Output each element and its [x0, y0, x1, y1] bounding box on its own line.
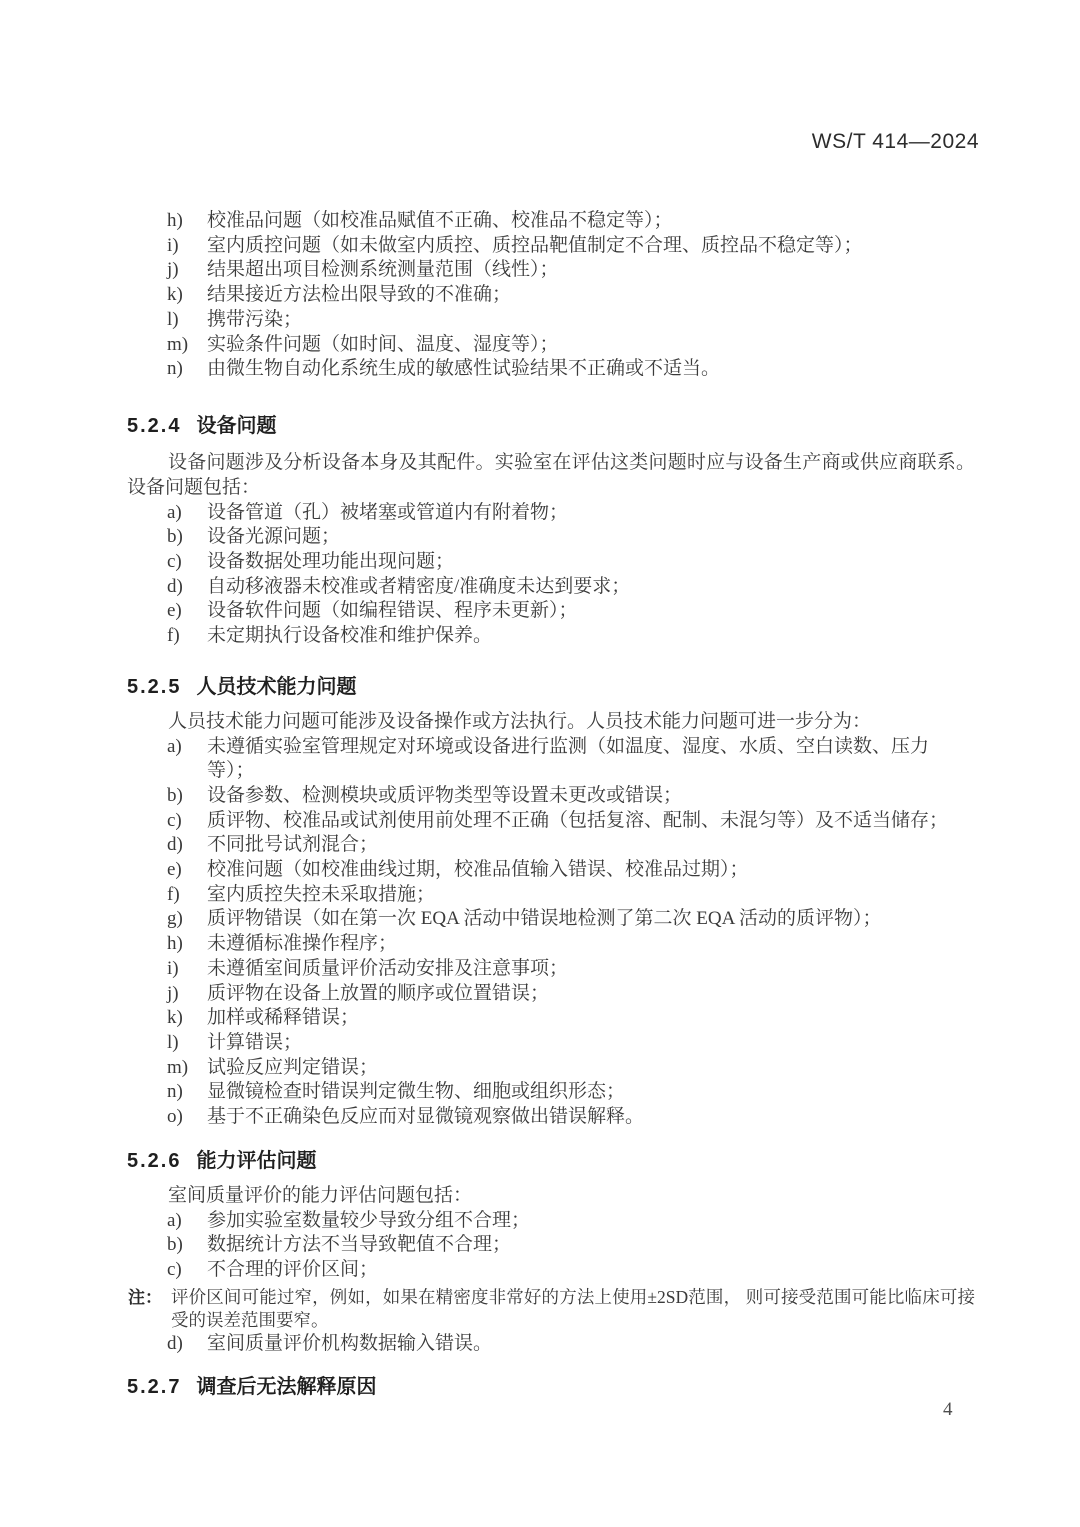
list-item-label: j) — [167, 258, 179, 283]
list-item-text: 显微镜检查时错误判定微生物、细胞或组织形态； — [207, 1081, 625, 1102]
list-item-text: 实验条件问题（如时间、温度、湿度等）； — [207, 334, 559, 355]
list-item-text: 质评物、校准品或试剂使用前处理不正确（包括复溶、配制、未混匀等）及不适当储存； — [207, 810, 948, 831]
list-item: i) 未遵循室间质量评价活动安排及注意事项； — [127, 957, 975, 982]
list-item: o) 基于不正确染色反应而对显微镜观察做出错误解释。 — [127, 1105, 975, 1130]
list-item-label: o) — [167, 1105, 183, 1130]
note-text: 评价区间可能过窄，例如，如果在精密度非常好的方法上使用±2SD范围， 则可接受范… — [171, 1287, 975, 1330]
list-item-label: i) — [167, 234, 179, 259]
list-item-label: c) — [167, 550, 182, 575]
list-item-label: b) — [167, 525, 183, 550]
lettered-list: a) 未遵循实验室管理规定对环境或设备进行监测（如温度、湿度、水质、空白读数、压… — [127, 735, 975, 1130]
list-item-label: g) — [167, 907, 183, 932]
list-item-text: 携带污染； — [207, 309, 302, 330]
section-heading: 5.2.6能力评估问题 — [127, 1148, 975, 1174]
list-item-text: 不同批号试剂混合； — [207, 834, 378, 855]
list-item-label: m) — [167, 1056, 188, 1081]
list-item-text: 结果超出项目检测系统测量范围（线性）； — [207, 259, 559, 280]
list-item-text: 设备管道（孔）被堵塞或管道内有附着物； — [207, 502, 568, 523]
list-item-text: 设备软件问题（如编程错误、程序未更新）； — [207, 600, 578, 621]
list-item: e) 校准问题（如校准曲线过期，校准品值输入错误、校准品过期）； — [127, 858, 975, 883]
list-item-text: 未遵循实验室管理规定对环境或设备进行监测（如温度、湿度、水质、空白读数、压力等）… — [207, 736, 929, 782]
list-item-label: f) — [167, 883, 180, 908]
list-item-text: 室间质量评价机构数据输入错误。 — [207, 1333, 492, 1354]
list-item-text: 设备光源问题； — [207, 526, 340, 547]
list-item-text: 设备参数、检测模块或质评物类型等设置未更改或错误； — [207, 785, 682, 806]
list-item-label: b) — [167, 1233, 183, 1258]
list-item-text: 数据统计方法不当导致靶值不合理； — [207, 1234, 511, 1255]
list-item-text: 室内质控失控未采取措施； — [207, 884, 435, 905]
list-item: d) 自动移液器未校准或者精密度/准确度未达到要求； — [127, 575, 975, 600]
list-item-text: 未遵循标准操作程序； — [207, 933, 397, 954]
list-item-label: k) — [167, 1006, 183, 1031]
list-item: h) 校准品问题（如校准品赋值不正确、校准品不稳定等）； — [127, 209, 975, 234]
section-number: 5.2.7 — [127, 1376, 181, 1398]
list-item: f) 室内质控失控未采取措施； — [127, 883, 975, 908]
list-item: d) 室间质量评价机构数据输入错误。 — [127, 1332, 975, 1357]
list-item-label: e) — [167, 599, 182, 624]
list-item-label: l) — [167, 308, 179, 333]
list-item: b) 设备参数、检测模块或质评物类型等设置未更改或错误； — [127, 784, 975, 809]
section-title: 人员技术能力问题 — [196, 676, 356, 698]
list-item: n) 由微生物自动化系统生成的敏感性试验结果不正确或不适当。 — [127, 357, 975, 382]
list-item-text: 室内质控问题（如未做室内质控、质控品靶值制定不合理、质控品不稳定等）； — [207, 235, 863, 256]
list-item: m) 试验反应判定错误； — [127, 1056, 975, 1081]
list-item: k) 加样或稀释错误； — [127, 1006, 975, 1031]
list-item-label: c) — [167, 1258, 182, 1283]
list-item: m) 实验条件问题（如时间、温度、湿度等）； — [127, 333, 975, 358]
section-number: 5.2.5 — [127, 676, 181, 698]
document-number: WS/T 414—2024 — [812, 130, 979, 154]
list-item-label: d) — [167, 575, 183, 600]
list-item: g) 质评物错误（如在第一次 EQA 活动中错误地检测了第二次 EQA 活动的质… — [127, 907, 975, 932]
list-item: a) 设备管道（孔）被堵塞或管道内有附着物； — [127, 501, 975, 526]
list-item: i) 室内质控问题（如未做室内质控、质控品靶值制定不合理、质控品不稳定等）； — [127, 234, 975, 259]
list-item-label: d) — [167, 833, 183, 858]
list-item-label: b) — [167, 784, 183, 809]
list-item: l) 携带污染； — [127, 308, 975, 333]
list-item-text: 参加实验室数量较少导致分组不合理； — [207, 1210, 530, 1231]
list-item: f) 未定期执行设备校准和维护保养。 — [127, 624, 975, 649]
paragraph: 室间质量评价的能力评估问题包括： — [127, 1184, 975, 1209]
list-item-label: a) — [167, 1209, 182, 1234]
paragraph: 设备问题涉及分析设备本身及其配件。实验室在评估这类问题时应与设备生产商或供应商联… — [127, 451, 975, 501]
list-item-label: j) — [167, 982, 179, 1007]
list-item-text: 质评物错误（如在第一次 EQA 活动中错误地检测了第二次 EQA 活动的质评物）… — [207, 908, 882, 929]
list-item: n) 显微镜检查时错误判定微生物、细胞或组织形态； — [127, 1080, 975, 1105]
section-heading: 5.2.4设备问题 — [127, 413, 975, 439]
list-item-label: e) — [167, 858, 182, 883]
section-number: 5.2.4 — [127, 415, 181, 437]
lettered-list: a) 参加实验室数量较少导致分组不合理； b) 数据统计方法不当导致靶值不合理；… — [127, 1209, 975, 1283]
list-item-label: c) — [167, 809, 182, 834]
list-item-text: 未定期执行设备校准和维护保养。 — [207, 625, 492, 646]
list-item-label: l) — [167, 1031, 179, 1056]
section-title: 能力评估问题 — [196, 1150, 316, 1172]
list-item: c) 设备数据处理功能出现问题； — [127, 550, 975, 575]
section-heading: 5.2.5人员技术能力问题 — [127, 674, 975, 700]
note: 注： 评价区间可能过窄，例如，如果在精密度非常好的方法上使用±2SD范围， 则可… — [127, 1286, 975, 1332]
lettered-list: h) 校准品问题（如校准品赋值不正确、校准品不稳定等）； i) 室内质控问题（如… — [127, 209, 975, 382]
list-item: b) 设备光源问题； — [127, 525, 975, 550]
list-item: k) 结果接近方法检出限导致的不准确； — [127, 283, 975, 308]
list-item-label: d) — [167, 1332, 183, 1357]
list-item-label: k) — [167, 283, 183, 308]
list-item: e) 设备软件问题（如编程错误、程序未更新）； — [127, 599, 975, 624]
section-title: 调查后无法解释原因 — [196, 1376, 376, 1398]
list-item-label: f) — [167, 624, 180, 649]
list-item-label: i) — [167, 957, 179, 982]
list-item-label: n) — [167, 1080, 183, 1105]
list-item-text: 设备数据处理功能出现问题； — [207, 551, 454, 572]
list-item-label: a) — [167, 735, 182, 760]
list-item: h) 未遵循标准操作程序； — [127, 932, 975, 957]
list-item-label: h) — [167, 209, 183, 234]
list-item-text: 基于不正确染色反应而对显微镜观察做出错误解释。 — [207, 1106, 644, 1127]
document-page: WS/T 414—2024 h) 校准品问题（如校准品赋值不正确、校准品不稳定等… — [0, 0, 1080, 1527]
list-item: c) 质评物、校准品或试剂使用前处理不正确（包括复溶、配制、未混匀等）及不适当储… — [127, 809, 975, 834]
list-item-text: 未遵循室间质量评价活动安排及注意事项； — [207, 958, 568, 979]
list-item: j) 质评物在设备上放置的顺序或位置错误； — [127, 982, 975, 1007]
list-item: j) 结果超出项目检测系统测量范围（线性）； — [127, 258, 975, 283]
list-item: a) 参加实验室数量较少导致分组不合理； — [127, 1209, 975, 1234]
section-title: 设备问题 — [196, 415, 276, 437]
list-item-label: a) — [167, 501, 182, 526]
list-item-text: 校准品问题（如校准品赋值不正确、校准品不稳定等）； — [207, 210, 673, 231]
list-item-text: 加样或稀释错误； — [207, 1007, 359, 1028]
list-item-label: m) — [167, 333, 188, 358]
list-item: a) 未遵循实验室管理规定对环境或设备进行监测（如温度、湿度、水质、空白读数、压… — [127, 735, 975, 784]
list-item-text: 自动移液器未校准或者精密度/准确度未达到要求； — [207, 576, 630, 597]
list-item-text: 质评物在设备上放置的顺序或位置错误； — [207, 983, 549, 1004]
list-item-text: 由微生物自动化系统生成的敏感性试验结果不正确或不适当。 — [207, 358, 720, 379]
list-item-label: n) — [167, 357, 183, 382]
list-item: d) 不同批号试剂混合； — [127, 833, 975, 858]
lettered-list: a) 设备管道（孔）被堵塞或管道内有附着物； b) 设备光源问题； c) 设备数… — [127, 501, 975, 649]
list-item-text: 结果接近方法检出限导致的不准确； — [207, 284, 511, 305]
list-item: b) 数据统计方法不当导致靶值不合理； — [127, 1233, 975, 1258]
list-item-label: h) — [167, 932, 183, 957]
lettered-list: d) 室间质量评价机构数据输入错误。 — [127, 1332, 975, 1357]
page-number: 4 — [943, 1399, 953, 1421]
note-label: 注： — [128, 1286, 162, 1309]
section-heading: 5.2.7调查后无法解释原因 — [127, 1374, 975, 1400]
section-number: 5.2.6 — [127, 1150, 181, 1172]
list-item: l) 计算错误； — [127, 1031, 975, 1056]
document-content: h) 校准品问题（如校准品赋值不正确、校准品不稳定等）； i) 室内质控问题（如… — [127, 209, 975, 1400]
list-item-text: 不合理的评价区间； — [207, 1259, 378, 1280]
list-item-text: 试验反应判定错误； — [207, 1057, 378, 1078]
list-item-text: 计算错误； — [207, 1032, 302, 1053]
paragraph: 人员技术能力问题可能涉及设备操作或方法执行。人员技术能力问题可进一步分为： — [127, 710, 975, 735]
list-item: c) 不合理的评价区间； — [127, 1258, 975, 1283]
list-item-text: 校准问题（如校准曲线过期，校准品值输入错误、校准品过期）； — [207, 859, 749, 880]
